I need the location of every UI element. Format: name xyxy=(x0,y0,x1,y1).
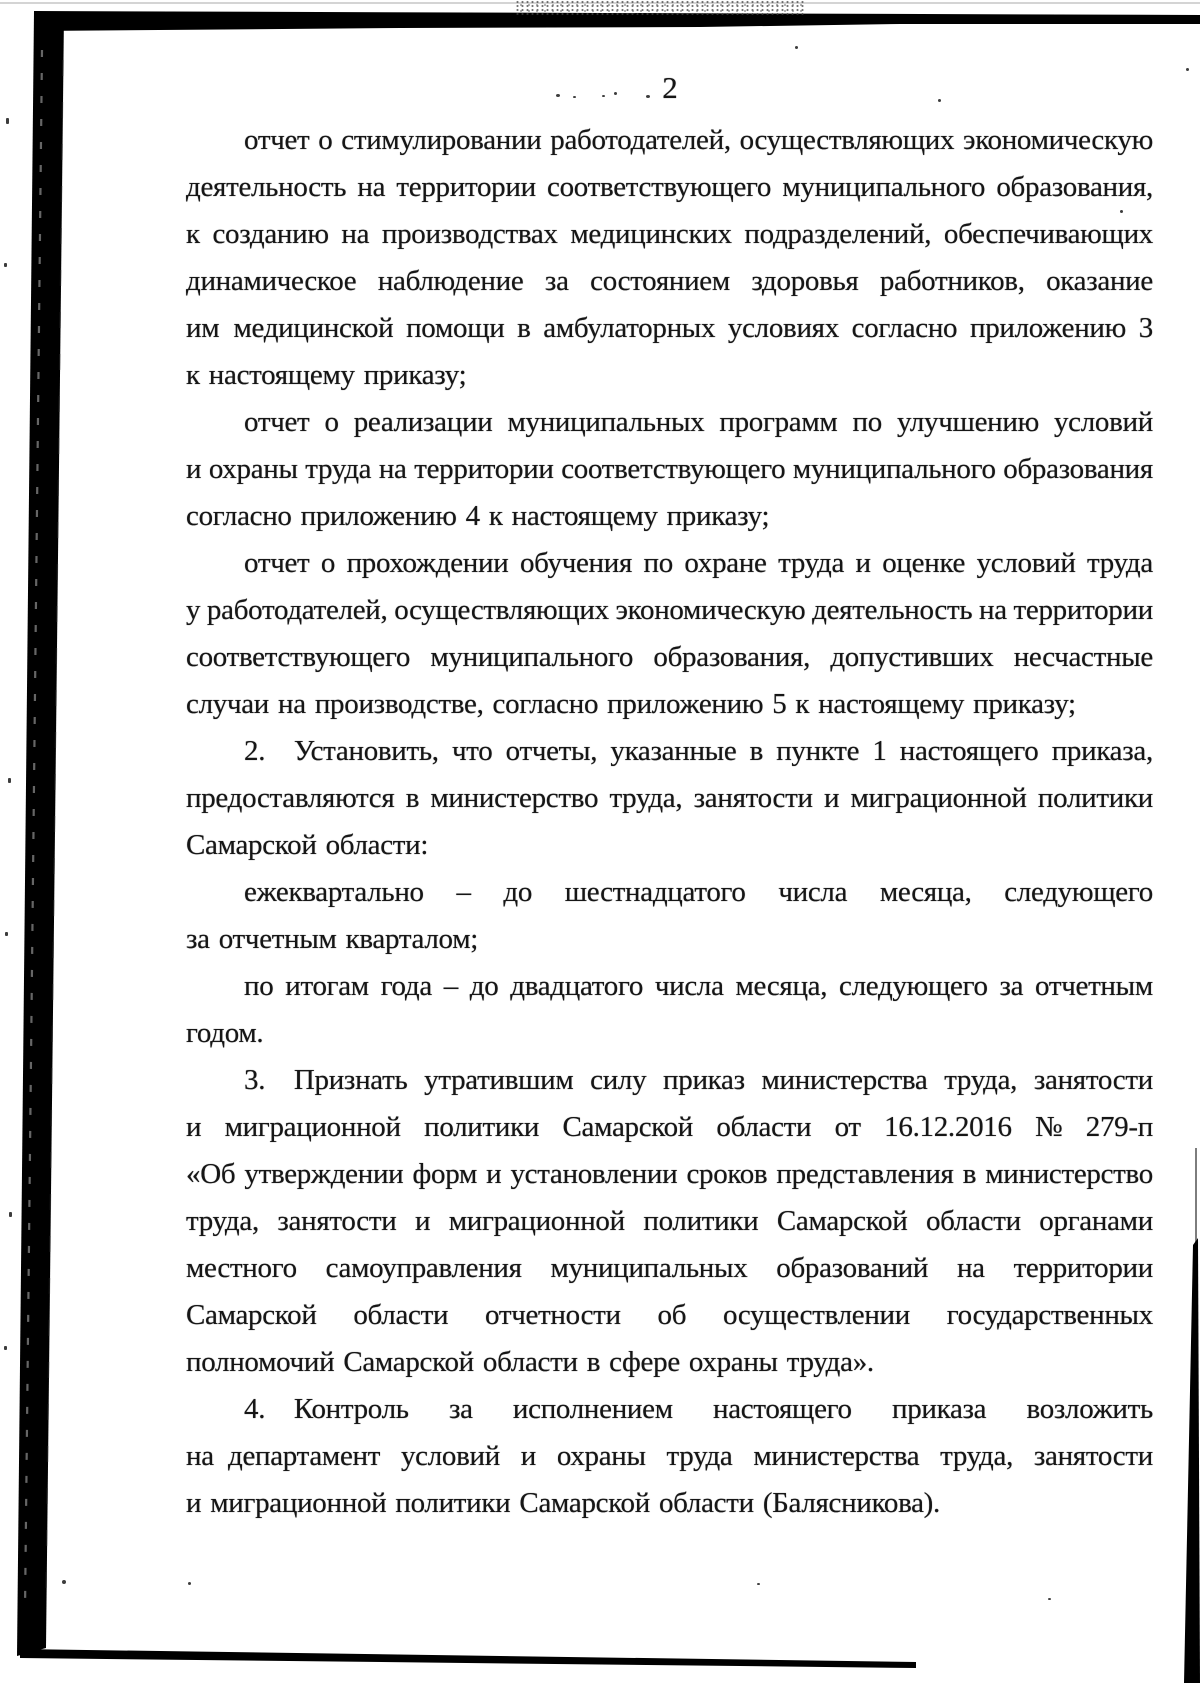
scan-speck xyxy=(757,1583,760,1585)
paragraph: отчетореализациимуниципальныхпрограммпоу… xyxy=(186,399,1153,540)
text-line: Самарскойобластиотчетностиобосуществлени… xyxy=(186,1292,1153,1339)
page-number: 2 xyxy=(188,70,1153,106)
text-line: 4. Контрользаисполнениемнастоящегоприказ… xyxy=(186,1386,1153,1433)
paragraph: ежеквартально–дошестнадцатогочисламесяца… xyxy=(186,869,1153,963)
text-line: отчетореализациимуниципальныхпрограммпоу… xyxy=(186,399,1153,446)
document-body: отчетостимулированииработодателей,осущес… xyxy=(186,117,1153,1527)
text-line: поитогамгода–додвадцатогочисламесяца,сле… xyxy=(186,963,1153,1010)
scan-speck xyxy=(9,1212,12,1217)
scan-speck xyxy=(795,46,798,49)
text-line: динамическоенаблюдениезасостояниемздоров… xyxy=(186,258,1153,305)
text-line: соответствующегомуниципальногообразовани… xyxy=(186,634,1153,681)
text-line: кнастоящемуприказу; xyxy=(186,352,1153,399)
text-line: полномочийСамарскойобластивсфереохранытр… xyxy=(186,1339,1153,1386)
scan-speck xyxy=(1048,1598,1051,1600)
text-line: местногосамоуправлениямуниципальныхобраз… xyxy=(186,1245,1153,1292)
text-line: иохранытруданатерриториисоответствующего… xyxy=(186,446,1153,493)
text-line: имиграционнойполитикиСамарскойобластиот1… xyxy=(186,1104,1153,1151)
text-line: предоставляютсявминистерствотруда,занято… xyxy=(186,775,1153,822)
scan-speck xyxy=(1186,68,1189,71)
paragraph: 2. Установить,чтоотчеты,указанныевпункте… xyxy=(186,728,1153,869)
text-line: «Обутвержденииформиустановлениисроковпре… xyxy=(186,1151,1153,1198)
text-line: им медицинскойпомощивамбулаторныхусловия… xyxy=(186,305,1153,352)
scan-speck xyxy=(4,263,7,267)
paragraph: 4. Контрользаисполнениемнастоящегоприказ… xyxy=(186,1386,1153,1527)
paragraph: поитогамгода–додвадцатогочисламесяца,сле… xyxy=(186,963,1153,1057)
scan-speck xyxy=(5,932,8,936)
scan-speck xyxy=(8,778,11,783)
scanned-page: 2 отчетостимулированииработодателей,осущ… xyxy=(0,0,1200,1683)
text-line: деятельностьнатерриториисоответствующего… xyxy=(186,164,1153,211)
text-line: годом. xyxy=(186,1010,1153,1057)
text-line: 3. Признатьутратившимсилуприказминистерс… xyxy=(186,1057,1153,1104)
text-line: Самарскойобласти: xyxy=(186,822,1153,869)
text-line: отчетопрохожденииобученияпоохранетрудаио… xyxy=(186,540,1153,587)
paragraph: 3. Признатьутратившимсилуприказминистерс… xyxy=(186,1057,1153,1386)
text-line: 2. Установить,чтоотчеты,указанныевпункте… xyxy=(186,728,1153,775)
scan-speck xyxy=(62,1580,66,1584)
scan-noise xyxy=(515,0,805,15)
text-line: отчетостимулированииработодателей,осущес… xyxy=(186,117,1153,164)
scan-speck xyxy=(6,118,9,124)
text-line: на департаментусловийиохранытрудаминисте… xyxy=(186,1433,1153,1480)
paragraph: отчетопрохожденииобученияпоохранетрудаио… xyxy=(186,540,1153,728)
text-line: ежеквартально–дошестнадцатогочисламесяца… xyxy=(186,869,1153,916)
paragraph: отчетостимулированииработодателей,осущес… xyxy=(186,117,1153,399)
text-line: имиграционнойполитикиСамарскойобласти(Ба… xyxy=(186,1480,1153,1527)
text-line: согласноприложению4кнастоящемуприказу; xyxy=(186,493,1153,540)
text-line: труда,занятостиимиграционнойполитикиСама… xyxy=(186,1198,1153,1245)
text-line: уработодателей,осуществляющихэкономическ… xyxy=(186,587,1153,634)
scan-speck xyxy=(4,1346,7,1350)
text-line: случаинапроизводстве,согласноприложению5… xyxy=(186,681,1153,728)
text-line: ксозданиюнапроизводствахмедицинскихподра… xyxy=(186,211,1153,258)
scan-speck xyxy=(188,1582,191,1585)
text-line: заотчетнымкварталом; xyxy=(186,916,1153,963)
